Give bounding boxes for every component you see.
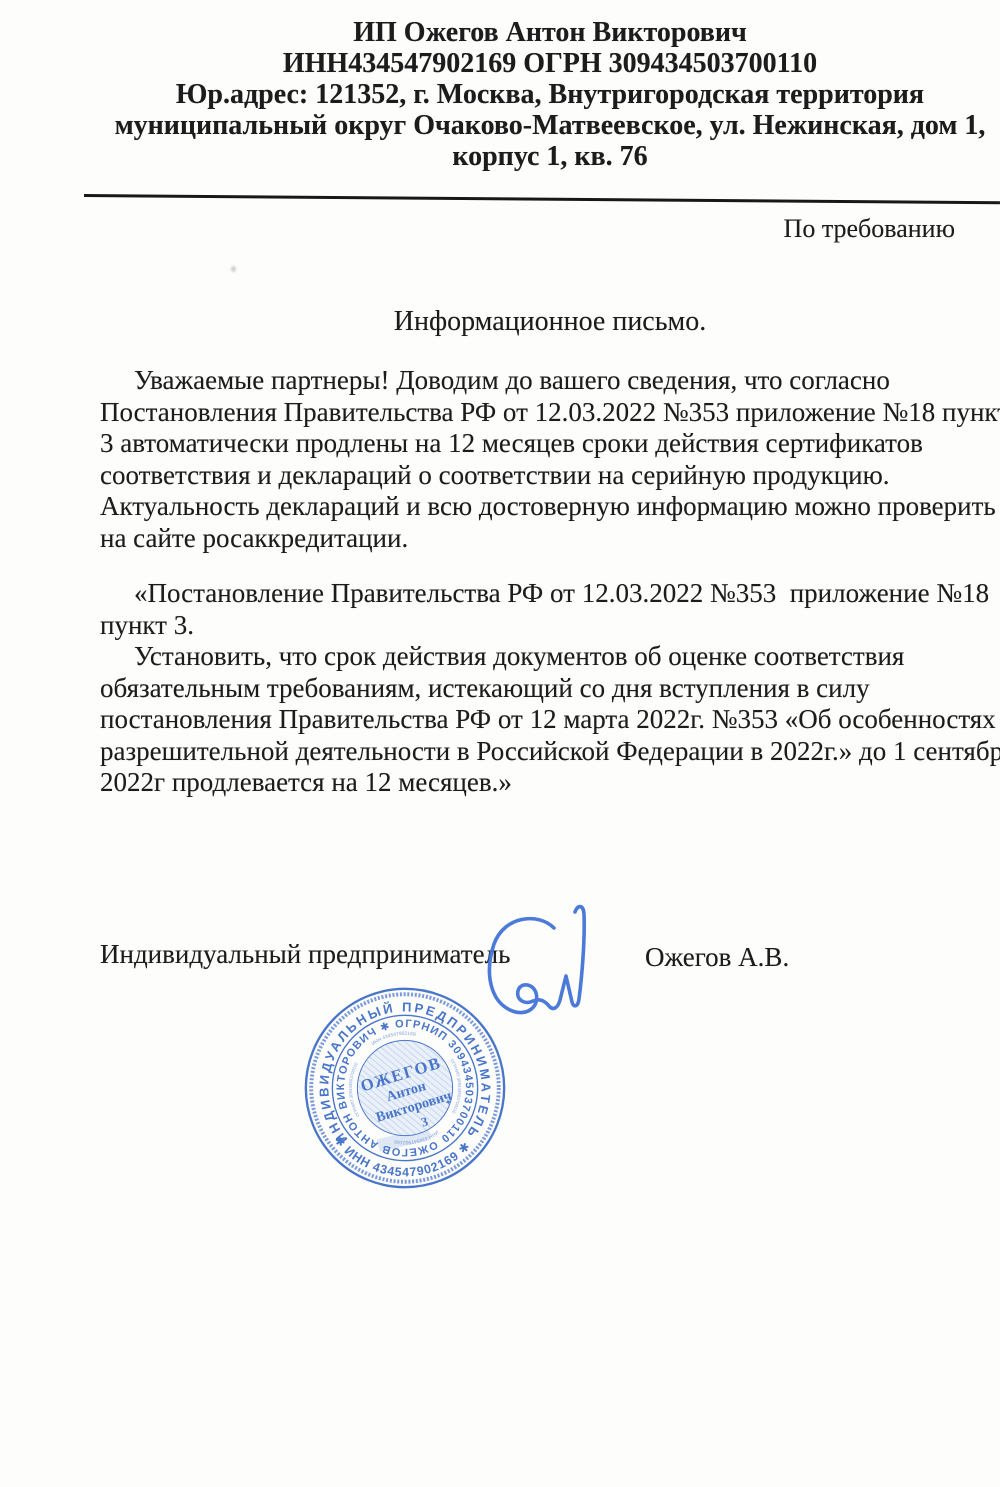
signer-name: Ожегов А.В. (645, 942, 789, 973)
text-line: корпус 1, кв. 76 (100, 141, 1000, 172)
text-line: Актуальность деклараций и всю достоверну… (100, 491, 980, 523)
text-line: Постановления Правительства РФ от 12.03.… (100, 397, 980, 429)
text-line: пункт 3. (100, 610, 980, 642)
text-line: 3 автоматически продлены на 12 месяцев с… (100, 428, 980, 460)
text-line: ИНН434547902169 ОГРН 309434503700110 (100, 48, 1000, 79)
text-line: соответствия и деклараций о соответствии… (100, 460, 980, 492)
text-line: постановления Правительства РФ от 12 мар… (100, 704, 980, 736)
text-line: обязательным требованиям, истекающий со … (100, 673, 980, 705)
letter-title: Информационное письмо. (100, 306, 1000, 338)
horizontal-rule (84, 194, 1000, 204)
text-line: Юр.адрес: 121352, г. Москва, Внутригород… (100, 79, 1000, 110)
text-line: Уважаемые партнеры! Доводим до вашего св… (100, 365, 980, 397)
text-line: «Постановление Правительства РФ от 12.03… (100, 578, 980, 610)
text-line: муниципальный округ Очаково-Матвеевское,… (100, 110, 1000, 141)
text-line: Установить, что срок действия документов… (100, 641, 980, 673)
body-paragraph-1: Уважаемые партнеры! Доводим до вашего св… (100, 365, 980, 554)
delivery-note: По требованию (784, 214, 955, 244)
scan-speck-artifact (231, 266, 236, 272)
text-line: ИП Ожегов Антон Викторович (100, 17, 1000, 48)
round-stamp: ИНДИВИДУАЛЬНЫЙ ПРЕДПРИНИМАТЕЛЬ ✱ ИНН 434… (297, 980, 513, 1196)
text-line: на сайте росаккредитации. (100, 523, 980, 555)
signer-role-label: Индивидуальный предприниматель (100, 939, 510, 970)
text-line: 2022г продлевается на 12 месяцев.» (100, 767, 980, 799)
letterhead: ИП Ожегов Антон ВикторовичИНН43454790216… (100, 17, 1000, 172)
scanned-letter-page: ИП Ожегов Антон ВикторовичИНН43454790216… (0, 0, 1000, 1487)
text-line: разрешительной деятельности в Российской… (100, 736, 980, 768)
body-paragraph-2: «Постановление Правительства РФ от 12.03… (100, 578, 980, 799)
